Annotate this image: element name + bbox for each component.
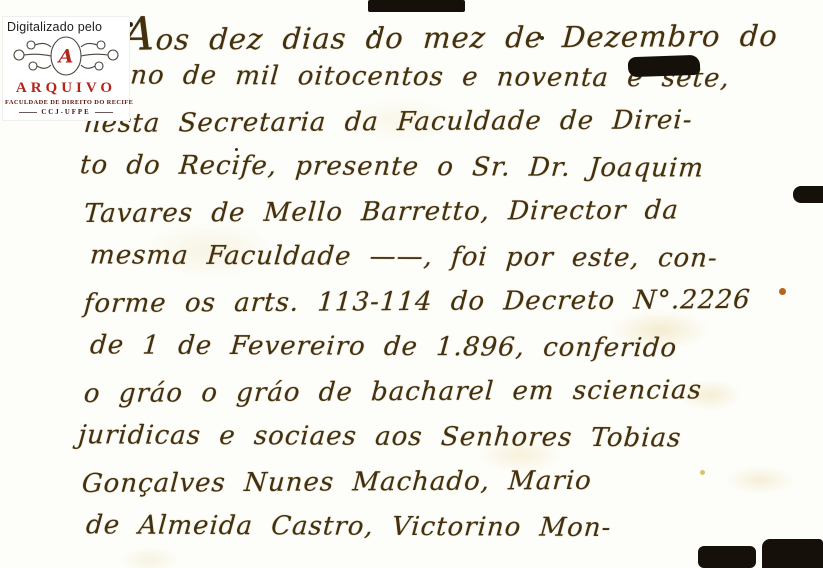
paper-speckle [373,30,377,34]
emblem-monogram-letter: A [59,46,74,68]
ccj-ufpe-row: CCJ-UFPE [5,109,127,116]
manuscript-line: to do Recife, presente o Sr. Dr. Joaquim [0,143,823,192]
ccj-ufpe-label: CCJ-UFPE [41,109,90,116]
rule-left [19,112,37,113]
ink-blot-top-bar [368,0,465,12]
digitized-by-label: Digitalizado pelo [5,20,127,34]
ink-blot-bottom-left [698,546,756,568]
ink-blot-bottom-right [762,539,823,568]
manuscript-line: o gráo o gráo de bacharel em sciencias [0,367,823,417]
ink-blot-right-edge [793,186,823,203]
scanned-manuscript-page: Aos dez dias do mez de Dezembro do anno … [0,0,823,568]
faculty-name-label: FACULDADE DE DIREITO DO RECIFE [5,99,127,106]
ink-blot-line2 [628,55,701,78]
manuscript-line: mesma Faculdade ——, foi por este, con- [0,233,823,282]
manuscript-line: Gonçalves Nunes Machado, Mario [0,457,823,507]
manuscript-line: Tavares de Mello Barretto, Director da [0,187,823,237]
manuscript-line: de 1 de Fevereiro de 1.896, conferido [0,323,823,372]
rule-right [95,112,113,113]
arquivo-emblem: A [5,35,127,79]
arquivo-wordmark: ARQUIVO [5,80,127,97]
manuscript-line: de Almeida Castro, Victorino Mon- [0,503,823,552]
archive-watermark: Digitalizado pelo [2,16,130,121]
manuscript-line: forme os arts. 113-114 do Decreto N°.222… [0,277,823,327]
paper-speckle [235,148,238,151]
paper-speckle [700,470,705,475]
manuscript-line: juridicas e sociaes aos Senhores Tobias [0,413,823,462]
paper-speckle [540,36,544,40]
paper-stain-orange [779,288,786,295]
